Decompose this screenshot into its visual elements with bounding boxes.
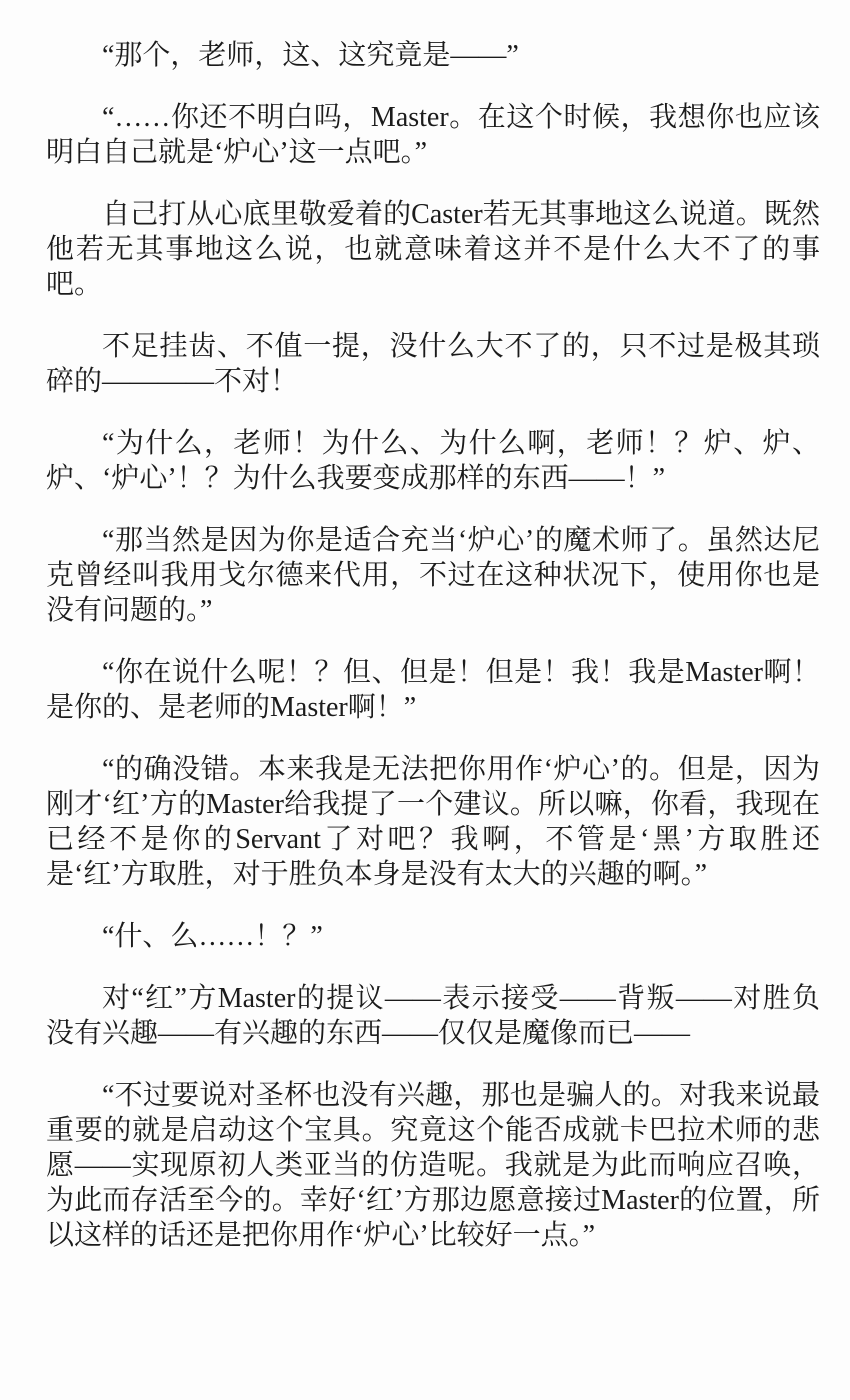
paragraph-2: “……你还不明白吗，Master。在这个时候，我想你也应该明白自己就是‘炉心’这… (46, 100, 820, 170)
paragraph-8: “的确没错。本来我是无法把你用作‘炉心’的。但是，因为刚才‘红’方的Master… (46, 752, 820, 892)
paragraph-6: “那当然是因为你是适合充当‘炉心’的魔术师了。虽然达尼克曾经叫我用戈尔德来代用，… (46, 523, 820, 628)
text-column: “那个，老师，这、这究竟是——” “……你还不明白吗，Master。在这个时候，… (46, 38, 820, 1253)
paragraph-4: 不足挂齿、不值一提，没什么大不了的，只不过是极其琐碎的————不对！ (46, 329, 820, 399)
paragraph-3: 自己打从心底里敬爱着的Caster若无其事地这么说道。既然他若无其事地这么说，也… (46, 197, 820, 302)
paragraph-10: 对“红”方Master的提议——表示接受——背叛——对胜负没有兴趣——有兴趣的东… (46, 981, 820, 1051)
paragraph-5: “为什么，老师！为什么、为什么啊，老师！？炉、炉、炉、‘炉心’！？为什么我要变成… (46, 426, 820, 496)
paragraph-11: “不过要说对圣杯也没有兴趣，那也是骗人的。对我来说最重要的就是启动这个宝具。究竟… (46, 1078, 820, 1253)
paragraph-1: “那个，老师，这、这究竟是——” (46, 38, 820, 73)
paragraph-7: “你在说什么呢！？但、但是！但是！我！我是Master啊！是你的、是老师的Mas… (46, 655, 820, 725)
novel-page: “那个，老师，这、这究竟是——” “……你还不明白吗，Master。在这个时候，… (0, 0, 850, 1400)
paragraph-9: “什、么……！？” (46, 919, 820, 954)
